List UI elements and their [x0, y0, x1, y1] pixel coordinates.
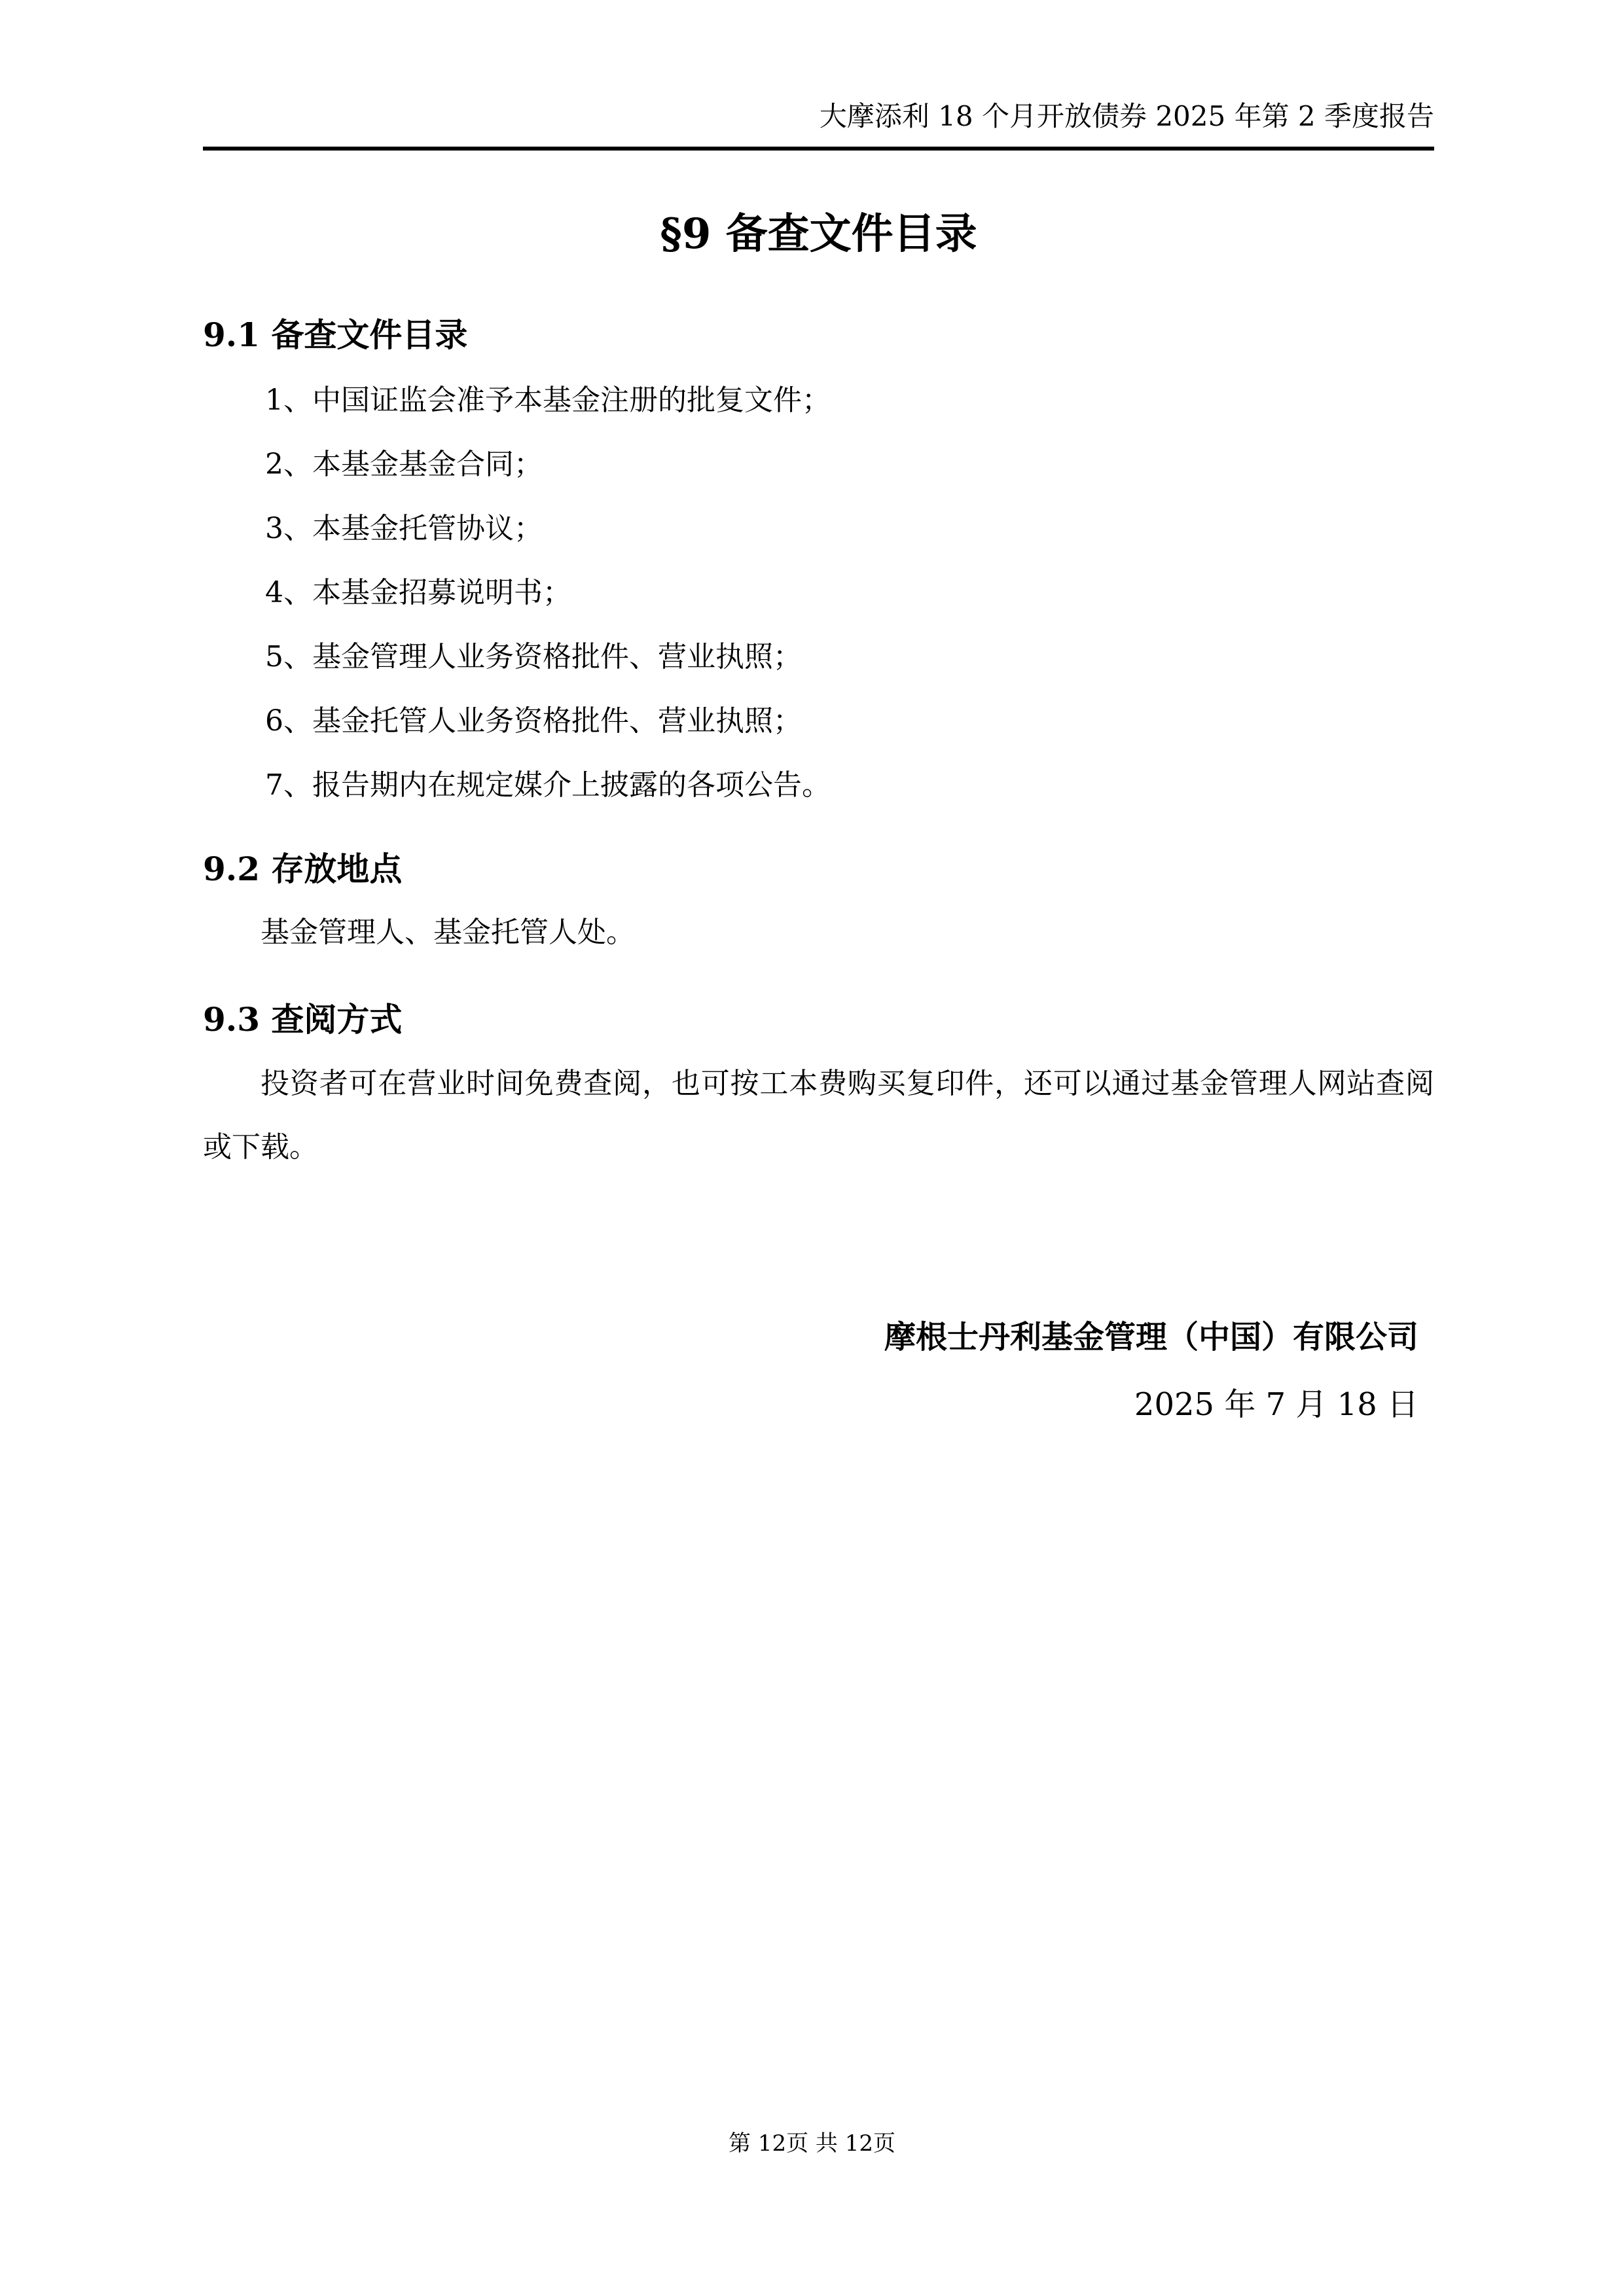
list-item: 3、本基金托管协议；: [265, 511, 1434, 547]
page-header: 大摩添利 18 个月开放债券 2025 年第 2 季度报告: [203, 0, 1434, 151]
signature-block: 摩根士丹利基金管理（中国）有限公司 2025 年 7 月 18 日: [203, 1317, 1434, 1425]
list-item: 2、本基金基金合同；: [265, 447, 1434, 482]
paragraph-access-method: 投资者可在营业时间免费查阅，也可按工本费购买复印件，还可以通过基金管理人网站查阅…: [203, 1052, 1434, 1179]
paragraph-storage-location: 基金管理人、基金托管人处。: [203, 915, 1434, 950]
list-item: 6、基金托管人业务资格批件、营业执照；: [265, 704, 1434, 739]
list-item: 4、本基金招募说明书；: [265, 575, 1434, 611]
paragraph-access-method-line2: 或下载。: [203, 1115, 1434, 1179]
header-report-title: 大摩添利 18 个月开放债券 2025 年第 2 季度报告: [820, 100, 1434, 132]
heading-9-3: 9.3 查阅方式: [203, 999, 1434, 1041]
list-item: 1、中国证监会准予本基金注册的批复文件；: [265, 383, 1434, 418]
heading-9-1: 9.1 备查文件目录: [203, 314, 1434, 356]
heading-9-2: 9.2 存放地点: [203, 848, 1434, 890]
list-item: 7、报告期内在规定媒介上披露的各项公告。: [265, 768, 1434, 803]
signature-date: 2025 年 7 月 18 日: [203, 1384, 1418, 1425]
company-name: 摩根士丹利基金管理（中国）有限公司: [203, 1317, 1418, 1357]
filing-documents-list: 1、中国证监会准予本基金注册的批复文件； 2、本基金基金合同； 3、本基金托管协…: [203, 383, 1434, 803]
list-item: 5、基金管理人业务资格批件、营业执照；: [265, 639, 1434, 675]
page-footer: 第 12页 共 12页: [0, 2129, 1624, 2158]
paragraph-access-method-line1: 投资者可在营业时间免费查阅，也可按工本费购买复印件，还可以通过基金管理人网站查阅: [203, 1052, 1434, 1115]
document-title: §9 备查文件目录: [203, 208, 1434, 260]
page-number: 第 12页 共 12页: [729, 2130, 895, 2157]
document-page: 大摩添利 18 个月开放债券 2025 年第 2 季度报告 §9 备查文件目录 …: [0, 0, 1624, 2296]
